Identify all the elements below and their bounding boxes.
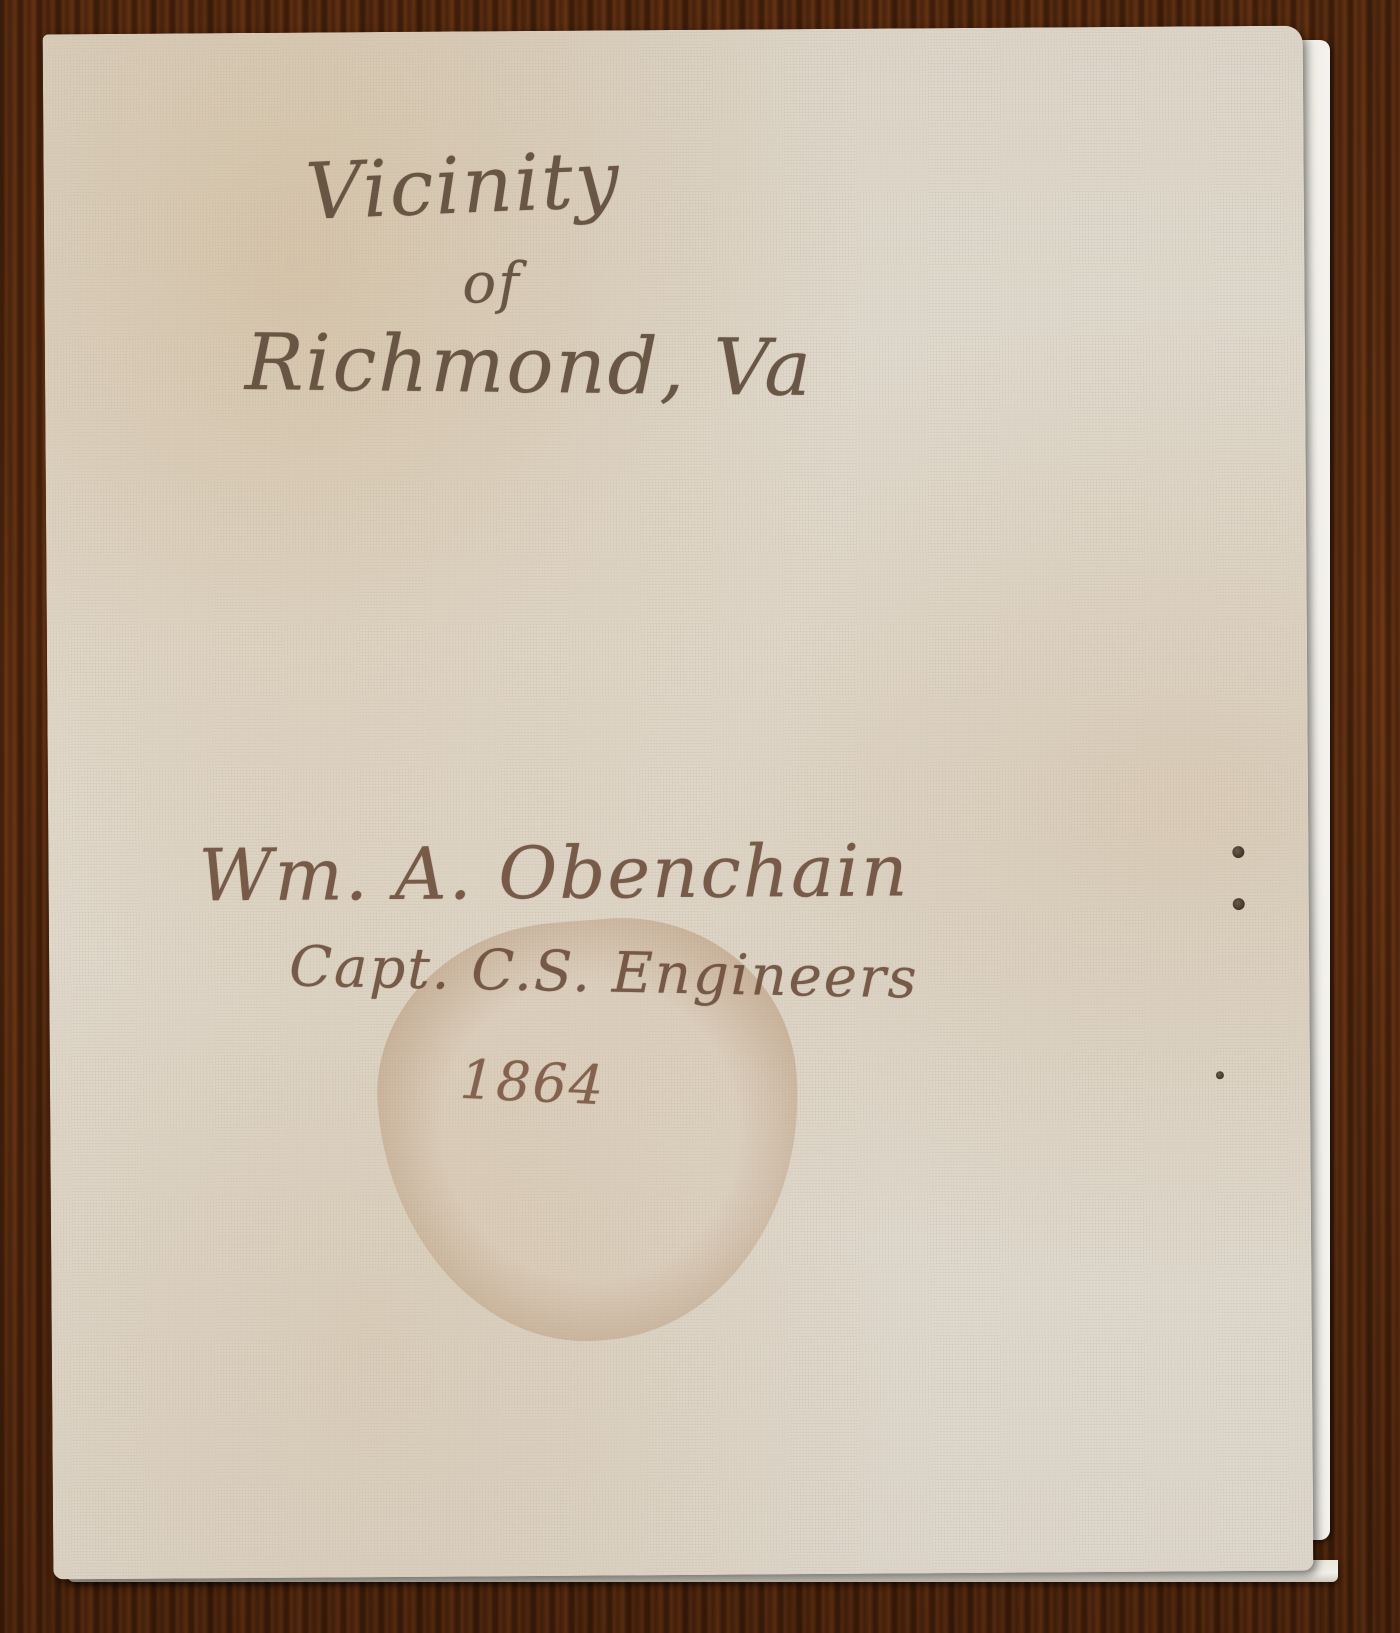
title-line-of: of <box>462 251 521 316</box>
title-line-richmond: Richmond, Va <box>244 318 813 414</box>
author-signature: Wm. A. Obenchain <box>198 828 910 917</box>
year-inscription: 1864 <box>459 1048 607 1118</box>
book-cover: Vicinity of Richmond, Va Wm. A. Obenchai… <box>43 26 1314 1580</box>
rivet-icon <box>1216 1071 1224 1079</box>
title-line-vicinity: Vicinity <box>304 135 623 238</box>
rivet-icon <box>1233 898 1245 910</box>
author-rank: Capt. C.S. Engineers <box>289 934 920 1011</box>
rivet-icon <box>1232 846 1244 858</box>
